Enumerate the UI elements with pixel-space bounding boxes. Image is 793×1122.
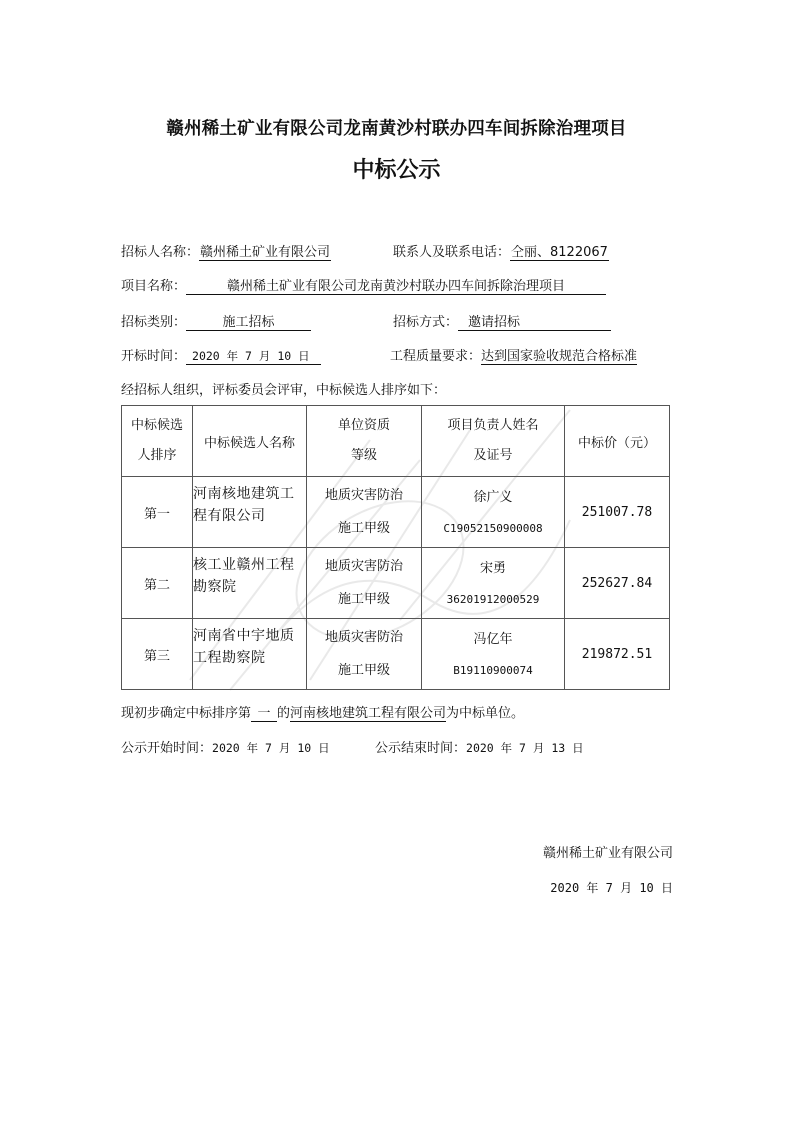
qualification-line2: 施工甲级 [307,512,421,545]
result-prefix: 现初步确定中标排序第 [121,706,251,721]
candidate-name: 核工业赣州工程勘察院 [193,554,305,612]
rank-cell: 第一 [122,477,193,548]
manager-name: 徐广义 [422,488,564,508]
method-label: 招标方式： [393,315,458,330]
table-header-row: 中标候选 人排序 中标候选人名称 单位资质 等级 项目负责人姓名 及证号 中标价… [122,406,670,477]
tenderer-row: 招标人名称：赣州稀土矿业有限公司 [121,245,331,261]
qualification-line1: 地质灾害防治 [307,621,421,654]
signature-company: 赣州稀土矿业有限公司 [543,846,673,862]
candidates-table: 中标候选 人排序 中标候选人名称 单位资质 等级 项目负责人姓名 及证号 中标价… [121,405,670,690]
qualification-line2: 施工甲级 [307,583,421,616]
candidate-name: 河南核地建筑工程有限公司 [193,483,305,541]
contact-value: 仝丽、8122067 [510,245,609,261]
qualification-line1: 地质灾害防治 [307,479,421,512]
table-row: 第三 河南省中宇地质工程勘察院 地质灾害防治 施工甲级 冯亿年 B1911090… [122,619,670,690]
qualification-cell: 地质灾害防治 施工甲级 [307,548,422,619]
manager-cert-no: 36201912000529 [422,593,564,606]
header-qual-line1: 单位资质 [307,411,421,441]
category-value: 施工招标 [186,315,311,331]
rank-cell: 第二 [122,548,193,619]
manager-cert-no: B19110900074 [422,664,564,677]
category-label: 招标类别： [121,315,186,330]
rank-cell: 第三 [122,619,193,690]
table-row: 第一 河南核地建筑工程有限公司 地质灾害防治 施工甲级 徐广义 C1905215… [122,477,670,548]
header-manager-line1: 项目负责人姓名 [422,411,564,441]
result-rank: 一 [251,706,277,722]
header-manager-line2: 及证号 [422,441,564,471]
document-subtitle: 中标公示 [0,153,793,184]
publicity-end-label: 公示结束时间： [375,741,466,756]
qualification-cell: 地质灾害防治 施工甲级 [307,619,422,690]
quality-row: 工程质量要求：达到国家验收规范合格标准 [390,349,637,365]
document-title: 赣州稀土矿业有限公司龙南黄沙村联办四车间拆除治理项目 [0,115,793,140]
qualification-cell: 地质灾害防治 施工甲级 [307,477,422,548]
open-time-value: 2020 年 7 月 10 日 [186,349,321,365]
price-cell: 219872.51 [565,619,670,690]
contact-label: 联系人及联系电话： [393,245,510,260]
candidate-name: 河南省中宇地质工程勘察院 [193,625,305,683]
qualification-line1: 地质灾害防治 [307,550,421,583]
publicity-end-value: 2020 年 7 月 13 日 [466,741,584,755]
header-qualification: 单位资质 等级 [307,406,422,477]
signature-date: 2020 年 7 月 10 日 [550,880,673,896]
header-rank: 中标候选 人排序 [122,406,193,477]
project-label: 项目名称： [121,279,186,294]
contact-row: 联系人及联系电话：仝丽、8122067 [393,245,609,261]
header-manager: 项目负责人姓名 及证号 [422,406,565,477]
manager-cell: 宋勇 36201912000529 [422,548,565,619]
candidate-name-cell: 河南省中宇地质工程勘察院 [193,619,307,690]
price-cell: 251007.78 [565,477,670,548]
manager-name: 宋勇 [422,559,564,579]
project-value: 赣州稀土矿业有限公司龙南黄沙村联办四车间拆除治理项目 [186,279,606,295]
result-statement: 现初步确定中标排序第一的河南核地建筑工程有限公司为中标单位。 [121,706,524,722]
method-row: 招标方式：邀请招标 [393,315,611,331]
header-qual-line2: 等级 [307,441,421,471]
manager-cell: 冯亿年 B19110900074 [422,619,565,690]
header-rank-line1: 中标候选 [122,411,192,441]
publicity-end: 公示结束时间：2020 年 7 月 13 日 [375,740,584,757]
candidate-name-cell: 核工业赣州工程勘察院 [193,548,307,619]
method-value: 邀请招标 [458,315,611,331]
quality-value: 达到国家验收规范合格标准 [481,349,637,365]
ranking-intro: 经招标人组织，评标委员会评审，中标候选人排序如下： [121,383,446,399]
tenderer-value: 赣州稀土矿业有限公司 [199,245,331,261]
open-time-label: 开标时间： [121,349,186,364]
project-row: 项目名称：赣州稀土矿业有限公司龙南黄沙村联办四车间拆除治理项目 [121,279,606,295]
header-price: 中标价（元） [565,406,670,477]
table-row: 第二 核工业赣州工程勘察院 地质灾害防治 施工甲级 宋勇 36201912000… [122,548,670,619]
publicity-start: 公示开始时间：2020 年 7 月 10 日 [121,740,330,757]
candidate-name-cell: 河南核地建筑工程有限公司 [193,477,307,548]
qualification-line2: 施工甲级 [307,654,421,687]
open-time-row: 开标时间：2020 年 7 月 10 日 [121,349,321,365]
manager-cell: 徐广义 C19052150900008 [422,477,565,548]
result-winner: 河南核地建筑工程有限公司 [290,706,446,722]
header-rank-line2: 人排序 [122,441,192,471]
header-name: 中标候选人名称 [193,406,307,477]
manager-cert-no: C19052150900008 [422,522,564,535]
result-middle: 的 [277,706,290,721]
price-cell: 252627.84 [565,548,670,619]
category-row: 招标类别：施工招标 [121,315,311,331]
manager-name: 冯亿年 [422,630,564,650]
publicity-start-value: 2020 年 7 月 10 日 [212,741,330,755]
tenderer-label: 招标人名称： [121,245,199,260]
quality-label: 工程质量要求： [390,349,481,364]
publicity-start-label: 公示开始时间： [121,741,212,756]
result-suffix: 为中标单位。 [446,706,524,721]
